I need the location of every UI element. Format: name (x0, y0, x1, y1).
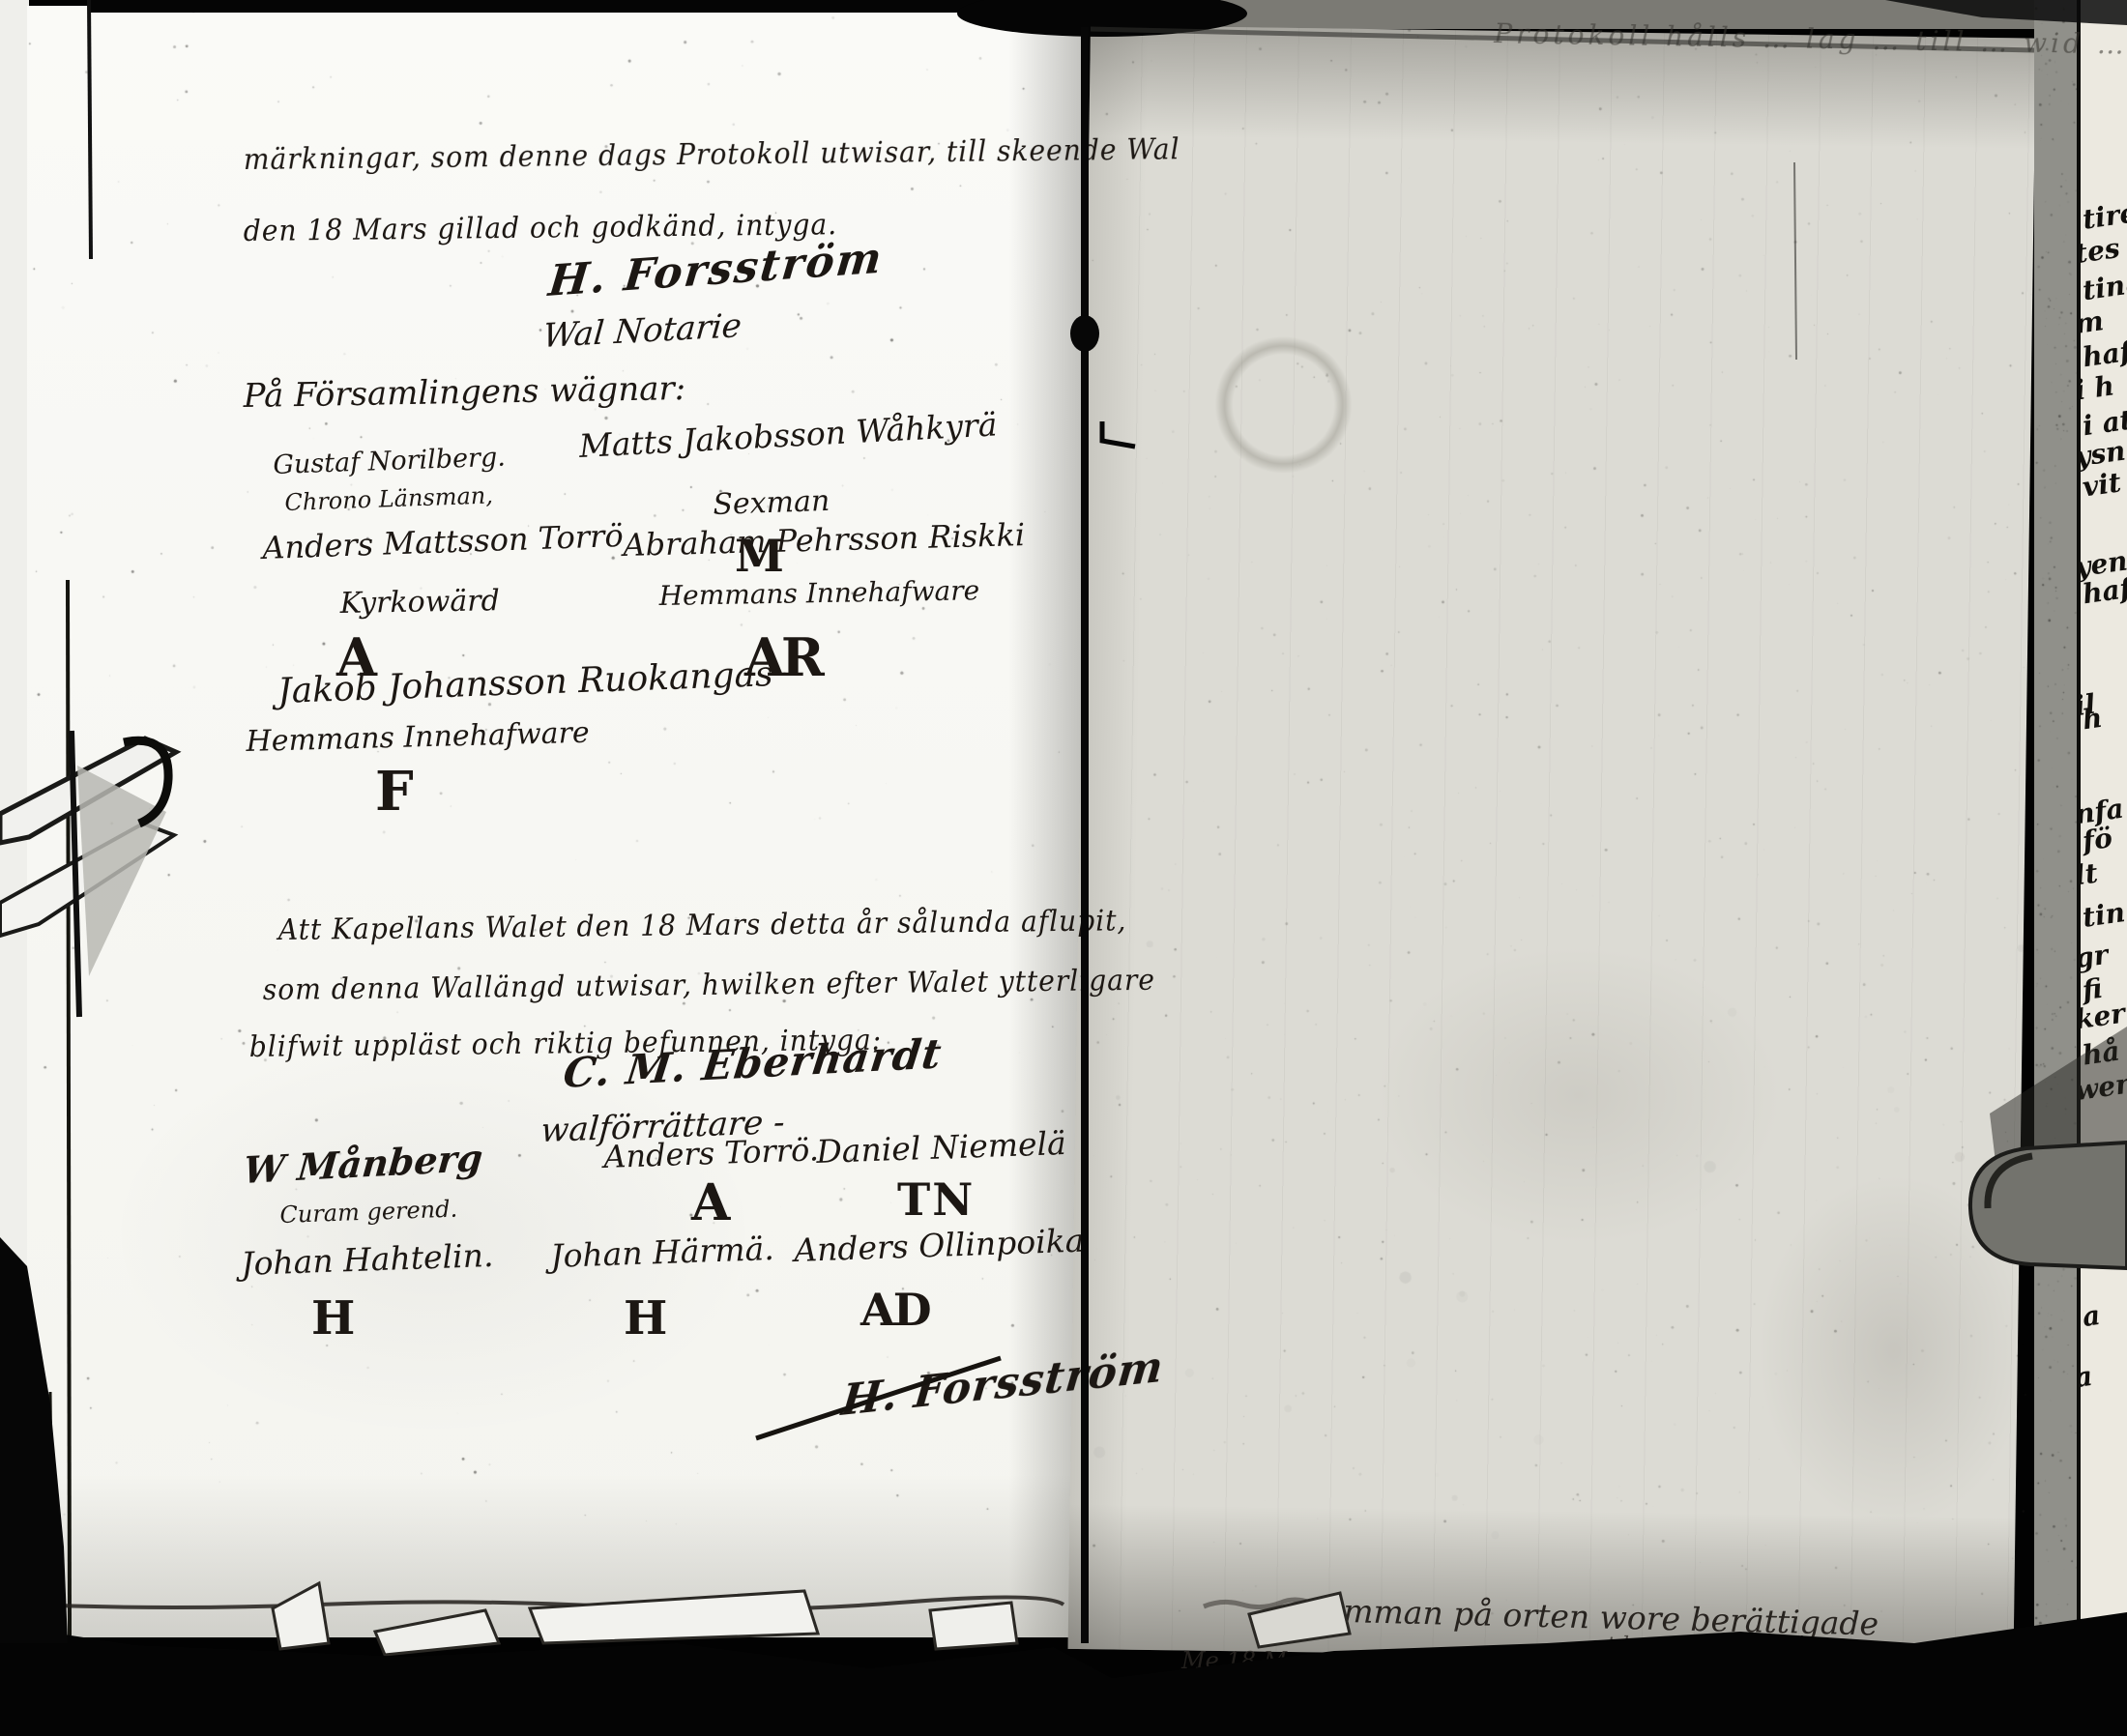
adjacent-page-fragment: ting (2081, 267, 2127, 307)
adjacent-page-fragment: haf (2081, 572, 2127, 611)
right-page (1068, 25, 2036, 1662)
adjacent-page-fragment: ysn (2077, 435, 2127, 474)
adjacent-page-fragment: hå (2081, 1034, 2122, 1071)
witness-housemark: TN (897, 1173, 975, 1226)
witness-housemark: AD (860, 1284, 930, 1336)
adjacent-page-fragment: a (2077, 1360, 2094, 1394)
adjacent-page-fragment: tin (2081, 896, 2127, 934)
signer-title: Kyrkowärd (339, 584, 500, 621)
adjacent-page-fragment: lt (2077, 857, 2100, 892)
scanned-book-spread: tiretestingmhafi hi attysnvityenhafilhnf… (0, 0, 2127, 1736)
witness-housemark: H (624, 1291, 667, 1345)
witness-name: Anders Torrö. (603, 1131, 820, 1175)
behalf-heading: På Församlingens wägnar: (243, 369, 685, 416)
signer-housemark: F (375, 760, 414, 824)
signer-title: Sexman (713, 484, 830, 522)
bottom-fragment-left: Me 18 Man (1181, 1647, 1316, 1674)
witness-housemark: A (691, 1173, 730, 1232)
left-paper-stack-edge (0, 0, 29, 1643)
adjacent-page-fragment: h (2081, 702, 2105, 737)
bottom-fragment-mid: utd (1593, 1634, 1629, 1658)
adjacent-page-fragment: a (2081, 1299, 2103, 1333)
adjacent-page-fragment: fö (2081, 822, 2114, 857)
adjacent-page-fragment: wen (2077, 1067, 2127, 1107)
adjacent-page-fragment: i h (2077, 369, 2116, 406)
adjacent-page-fragment: tes (2077, 232, 2122, 270)
adjacent-page-fragment: tire (2081, 196, 2127, 235)
adjacent-page-fragment: haf (2081, 335, 2127, 374)
signer-title: Hemmans Innehafware (658, 574, 979, 612)
witness-name: Johan Härmä. (550, 1230, 775, 1275)
adjacent-page-fragment: m (2077, 304, 2106, 340)
adjacent-page-fragment: vit (2081, 466, 2123, 503)
adjacent-page-fragment: gr (2077, 939, 2110, 974)
witness-housemark: H (311, 1291, 355, 1345)
page-edge-shadow-band (2034, 0, 2077, 1736)
adjacent-page-fragment: ker (2077, 998, 2127, 1036)
adjacent-page-strip: tiretestingmhafi hi attysnvityenhafilhnf… (2077, 0, 2127, 1643)
